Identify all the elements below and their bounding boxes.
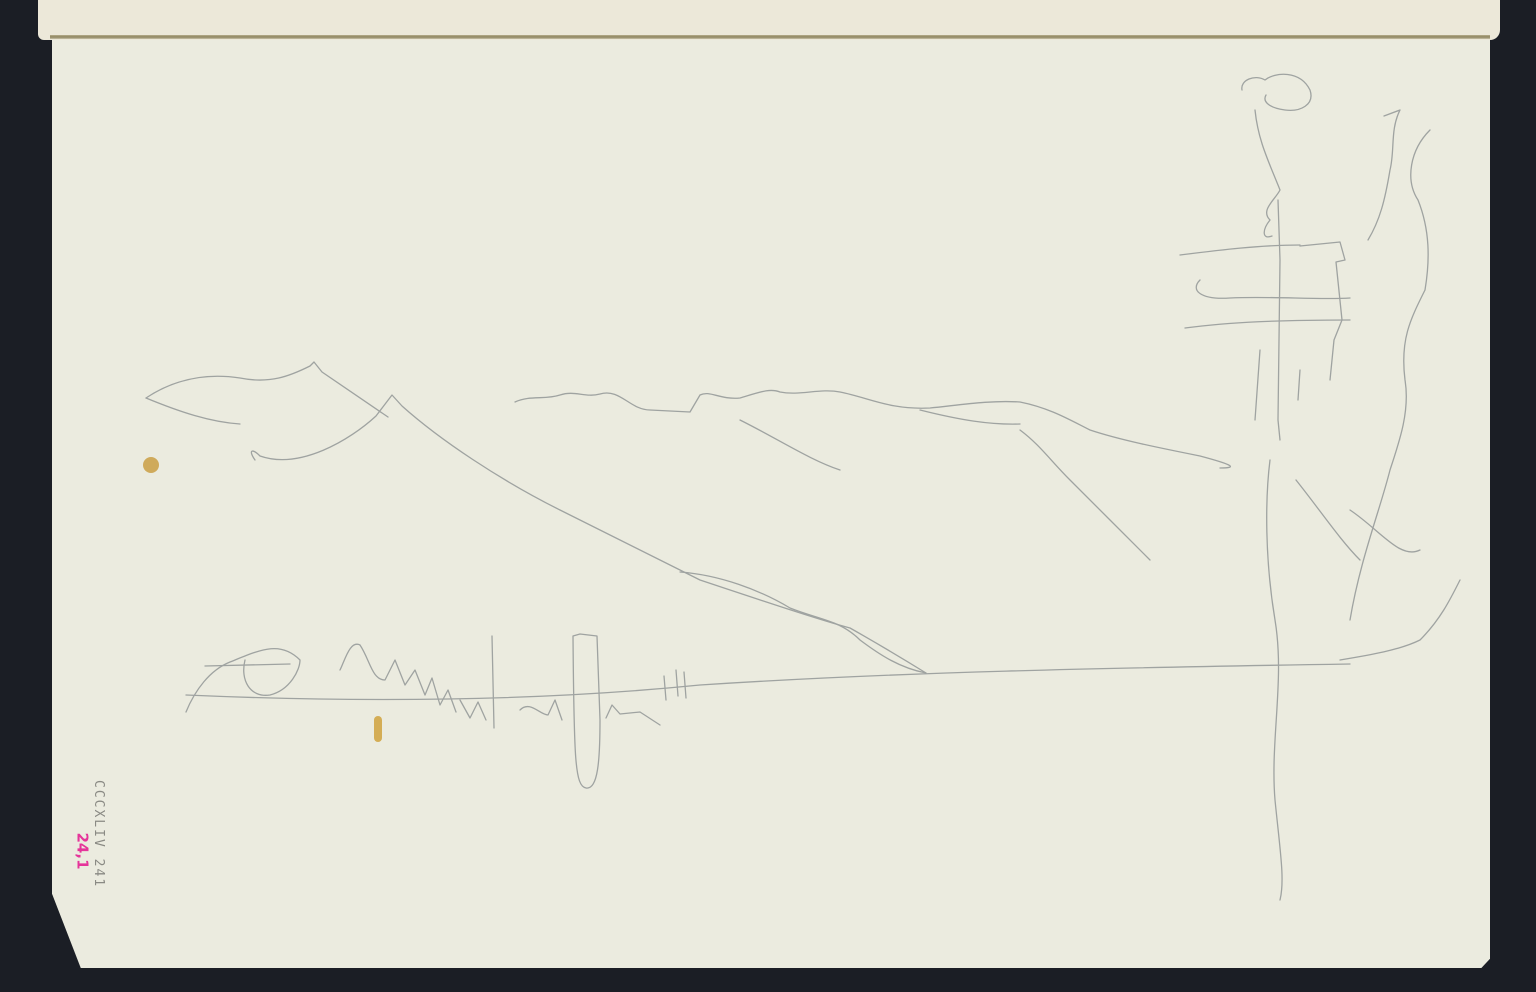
stain-spot xyxy=(143,457,159,473)
handwritten-number: 24,1 xyxy=(74,832,92,869)
stain-spot xyxy=(374,716,382,742)
sketchbook-scan: CCCXLIV 241 24,1 xyxy=(0,0,1536,992)
pencil-sketch xyxy=(0,0,1536,992)
archive-stamp: CCCXLIV 241 xyxy=(91,780,106,888)
